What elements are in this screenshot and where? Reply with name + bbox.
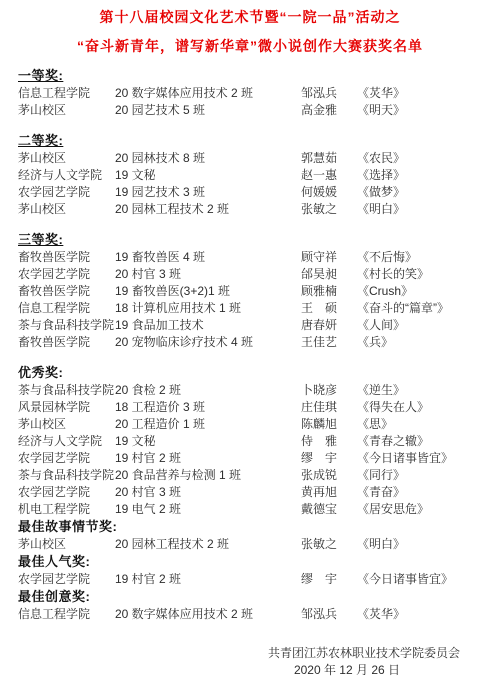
award-row: 风景园林学院18 工程造价 3 班庄佳琪《得失在人》 xyxy=(18,399,482,416)
college-name: 农学园艺学院 xyxy=(18,571,115,588)
award-section: 一等奖:信息工程学院20 数字媒体应用技术 2 班邹泓兵《炗华》茅山校区20 园… xyxy=(18,67,482,119)
work-title: 《居安思危》 xyxy=(357,501,482,518)
award-row: 畜牧兽医学院19 畜牧兽医 4 班顾守祥《不后悔》 xyxy=(18,249,482,266)
class-name: 20 食检 2 班 xyxy=(115,382,301,399)
section-header: 优秀奖: xyxy=(18,364,482,382)
section-header-label: 最佳创意奖: xyxy=(18,589,90,604)
work-title: 《人间》 xyxy=(357,317,482,334)
college-name: 经济与人文学院 xyxy=(18,167,115,184)
award-row: 茅山校区20 园林工程技术 2 班张敏之《明白》 xyxy=(18,201,482,218)
document-page: 第十八届校园文化艺术节暨“一院一品”活动之 “奋斗新青年，谱写新华章”微小说创作… xyxy=(0,0,500,676)
author-name: 赵一惠 xyxy=(301,167,357,184)
author-name: 张成锐 xyxy=(301,467,357,484)
class-name: 20 园林技术 8 班 xyxy=(115,150,301,167)
author-name: 侍 雅 xyxy=(301,433,357,450)
author-name: 邹泓兵 xyxy=(301,85,357,102)
college-name: 茶与食品科技学院 xyxy=(18,317,115,334)
section-header: 一等奖: xyxy=(18,67,482,85)
class-name: 20 村官 3 班 xyxy=(115,484,301,501)
award-row: 信息工程学院18 计算机应用技术 1 班王 硕《奋斗的“篇章”》 xyxy=(18,300,482,317)
author-name: 顾守祥 xyxy=(301,249,357,266)
class-name: 19 村官 2 班 xyxy=(115,571,301,588)
college-name: 农学园艺学院 xyxy=(18,450,115,467)
award-section: 三等奖:畜牧兽医学院19 畜牧兽医 4 班顾守祥《不后悔》农学园艺学院20 村官… xyxy=(18,231,482,351)
class-name: 20 数字媒体应用技术 2 班 xyxy=(115,606,301,623)
author-name: 张敏之 xyxy=(301,201,357,218)
college-name: 风景园林学院 xyxy=(18,399,115,416)
author-name: 何媛媛 xyxy=(301,184,357,201)
award-row: 农学园艺学院20 村官 3 班黄再旭《青奋》 xyxy=(18,484,482,501)
award-row: 农学园艺学院19 村官 2 班缪 宇《今日诸事皆宜》 xyxy=(18,450,482,467)
author-name: 陈麟旭 xyxy=(301,416,357,433)
author-name: 庄佳琪 xyxy=(301,399,357,416)
award-row: 信息工程学院20 数字媒体应用技术 2 班邹泓兵《炗华》 xyxy=(18,85,482,102)
college-name: 农学园艺学院 xyxy=(18,484,115,501)
award-row: 茶与食品科技学院19 食品加工技术唐春妍《人间》 xyxy=(18,317,482,334)
college-name: 茶与食品科技学院 xyxy=(18,467,115,484)
award-section: 二等奖:茅山校区20 园林技术 8 班郭慧茹《农民》经济与人文学院19 文秘赵一… xyxy=(18,132,482,218)
author-name: 顾雅楠 xyxy=(301,283,357,300)
document-footer: 共青团江苏农林职业技术学院委员会 2020 年 12 月 26 日 xyxy=(18,645,482,676)
author-name: 高金雅 xyxy=(301,102,357,119)
author-name: 黄再旭 xyxy=(301,484,357,501)
section-header-label: 一等奖: xyxy=(18,68,63,83)
work-title: 《明白》 xyxy=(357,536,482,553)
award-row: 经济与人文学院19 文秘赵一惠《选择》 xyxy=(18,167,482,184)
class-name: 20 宠物临床诊疗技术 4 班 xyxy=(115,334,301,351)
work-title: 《今日诸事皆宜》 xyxy=(357,571,482,588)
author-name: 王 硕 xyxy=(301,300,357,317)
section-header-label: 二等奖: xyxy=(18,133,63,148)
award-sections: 一等奖:信息工程学院20 数字媒体应用技术 2 班邹泓兵《炗华》茅山校区20 园… xyxy=(18,67,482,623)
award-row: 信息工程学院20 数字媒体应用技术 2 班邹泓兵《炗华》 xyxy=(18,606,482,623)
author-name: 邰昊昶 xyxy=(301,266,357,283)
footer-organization: 共青团江苏农林职业技术学院委员会 xyxy=(268,645,460,662)
college-name: 茅山校区 xyxy=(18,201,115,218)
author-name: 张敏之 xyxy=(301,536,357,553)
college-name: 茶与食品科技学院 xyxy=(18,382,115,399)
college-name: 信息工程学院 xyxy=(18,300,115,317)
section-header-label: 最佳人气奖: xyxy=(18,554,90,569)
author-name: 邹泓兵 xyxy=(301,606,357,623)
class-name: 20 村官 3 班 xyxy=(115,266,301,283)
author-name: 缪 宇 xyxy=(301,450,357,467)
award-section: 优秀奖:茶与食品科技学院20 食检 2 班卜晓彦《逆生》风景园林学院18 工程造… xyxy=(18,364,482,518)
class-name: 20 食品营养与检测 1 班 xyxy=(115,467,301,484)
document-title-line1: 第十八届校园文化艺术节暨“一院一品”活动之 xyxy=(18,9,482,25)
class-name: 19 畜牧兽医(3+2)1 班 xyxy=(115,283,301,300)
work-title: 《明白》 xyxy=(357,201,482,218)
section-header: 最佳人气奖: xyxy=(18,553,482,571)
work-title: 《炗华》 xyxy=(357,85,482,102)
college-name: 茅山校区 xyxy=(18,102,115,119)
college-name: 经济与人文学院 xyxy=(18,433,115,450)
college-name: 茅山校区 xyxy=(18,536,115,553)
college-name: 畜牧兽医学院 xyxy=(18,249,115,266)
author-name: 卜晓彦 xyxy=(301,382,357,399)
author-name: 缪 宇 xyxy=(301,571,357,588)
section-header-label: 三等奖: xyxy=(18,232,63,247)
college-name: 畜牧兽医学院 xyxy=(18,334,115,351)
award-row: 畜牧兽医学院19 畜牧兽医(3+2)1 班顾雅楠《Crush》 xyxy=(18,283,482,300)
award-row: 农学园艺学院19 村官 2 班缪 宇《今日诸事皆宜》 xyxy=(18,571,482,588)
section-header: 最佳故事情节奖: xyxy=(18,518,482,536)
work-title: 《同行》 xyxy=(357,467,482,484)
class-name: 20 园林工程技术 2 班 xyxy=(115,536,301,553)
college-name: 信息工程学院 xyxy=(18,85,115,102)
work-title: 《明天》 xyxy=(357,102,482,119)
work-title: 《青春之辙》 xyxy=(357,433,482,450)
award-row: 茅山校区20 园艺技术 5 班高金雅《明天》 xyxy=(18,102,482,119)
award-row: 茶与食品科技学院20 食检 2 班卜晓彦《逆生》 xyxy=(18,382,482,399)
work-title: 《青奋》 xyxy=(357,484,482,501)
award-section: 最佳创意奖:信息工程学院20 数字媒体应用技术 2 班邹泓兵《炗华》 xyxy=(18,588,482,623)
section-header-label: 最佳故事情节奖: xyxy=(18,519,117,534)
award-row: 茅山校区20 园林技术 8 班郭慧茹《农民》 xyxy=(18,150,482,167)
award-section: 最佳人气奖:农学园艺学院19 村官 2 班缪 宇《今日诸事皆宜》 xyxy=(18,553,482,588)
work-title: 《做梦》 xyxy=(357,184,482,201)
class-name: 18 工程造价 3 班 xyxy=(115,399,301,416)
class-name: 19 畜牧兽医 4 班 xyxy=(115,249,301,266)
work-title: 《兵》 xyxy=(357,334,482,351)
class-name: 20 园林工程技术 2 班 xyxy=(115,201,301,218)
class-name: 19 园艺技术 3 班 xyxy=(115,184,301,201)
college-name: 农学园艺学院 xyxy=(18,184,115,201)
award-row: 农学园艺学院19 园艺技术 3 班何媛媛《做梦》 xyxy=(18,184,482,201)
award-row: 茶与食品科技学院20 食品营养与检测 1 班张成锐《同行》 xyxy=(18,467,482,484)
college-name: 机电工程学院 xyxy=(18,501,115,518)
class-name: 19 食品加工技术 xyxy=(115,317,301,334)
college-name: 农学园艺学院 xyxy=(18,266,115,283)
award-row: 机电工程学院19 电气 2 班戴德宝《居安思危》 xyxy=(18,501,482,518)
author-name: 唐春妍 xyxy=(301,317,357,334)
work-title: 《炗华》 xyxy=(357,606,482,623)
class-name: 19 文秘 xyxy=(115,433,301,450)
work-title: 《选择》 xyxy=(357,167,482,184)
class-name: 20 工程造价 1 班 xyxy=(115,416,301,433)
class-name: 19 电气 2 班 xyxy=(115,501,301,518)
class-name: 20 园艺技术 5 班 xyxy=(115,102,301,119)
author-name: 戴德宝 xyxy=(301,501,357,518)
class-name: 19 文秘 xyxy=(115,167,301,184)
class-name: 20 数字媒体应用技术 2 班 xyxy=(115,85,301,102)
section-header: 最佳创意奖: xyxy=(18,588,482,606)
award-row: 茅山校区20 园林工程技术 2 班张敏之《明白》 xyxy=(18,536,482,553)
work-title: 《奋斗的“篇章”》 xyxy=(357,300,482,317)
college-name: 茅山校区 xyxy=(18,150,115,167)
author-name: 王佳艺 xyxy=(301,334,357,351)
work-title: 《不后悔》 xyxy=(357,249,482,266)
work-title: 《今日诸事皆宜》 xyxy=(357,450,482,467)
award-row: 畜牧兽医学院20 宠物临床诊疗技术 4 班王佳艺《兵》 xyxy=(18,334,482,351)
work-title: 《村长的笑》 xyxy=(357,266,482,283)
class-name: 18 计算机应用技术 1 班 xyxy=(115,300,301,317)
author-name: 郭慧茹 xyxy=(301,150,357,167)
college-name: 茅山校区 xyxy=(18,416,115,433)
award-row: 经济与人文学院19 文秘侍 雅《青春之辙》 xyxy=(18,433,482,450)
class-name: 19 村官 2 班 xyxy=(115,450,301,467)
work-title: 《思》 xyxy=(357,416,482,433)
award-row: 茅山校区20 工程造价 1 班陈麟旭《思》 xyxy=(18,416,482,433)
college-name: 畜牧兽医学院 xyxy=(18,283,115,300)
work-title: 《得失在人》 xyxy=(357,399,482,416)
work-title: 《逆生》 xyxy=(357,382,482,399)
section-header: 三等奖: xyxy=(18,231,482,249)
award-row: 农学园艺学院20 村官 3 班邰昊昶《村长的笑》 xyxy=(18,266,482,283)
document-title-line2: “奋斗新青年，谱写新华章”微小说创作大赛获奖名单 xyxy=(18,38,482,54)
college-name: 信息工程学院 xyxy=(18,606,115,623)
work-title: 《农民》 xyxy=(357,150,482,167)
work-title: 《Crush》 xyxy=(357,283,482,300)
footer-date: 2020 年 12 月 26 日 xyxy=(294,662,400,676)
award-section: 最佳故事情节奖:茅山校区20 园林工程技术 2 班张敏之《明白》 xyxy=(18,518,482,553)
section-header-label: 优秀奖: xyxy=(18,365,63,380)
section-header: 二等奖: xyxy=(18,132,482,150)
